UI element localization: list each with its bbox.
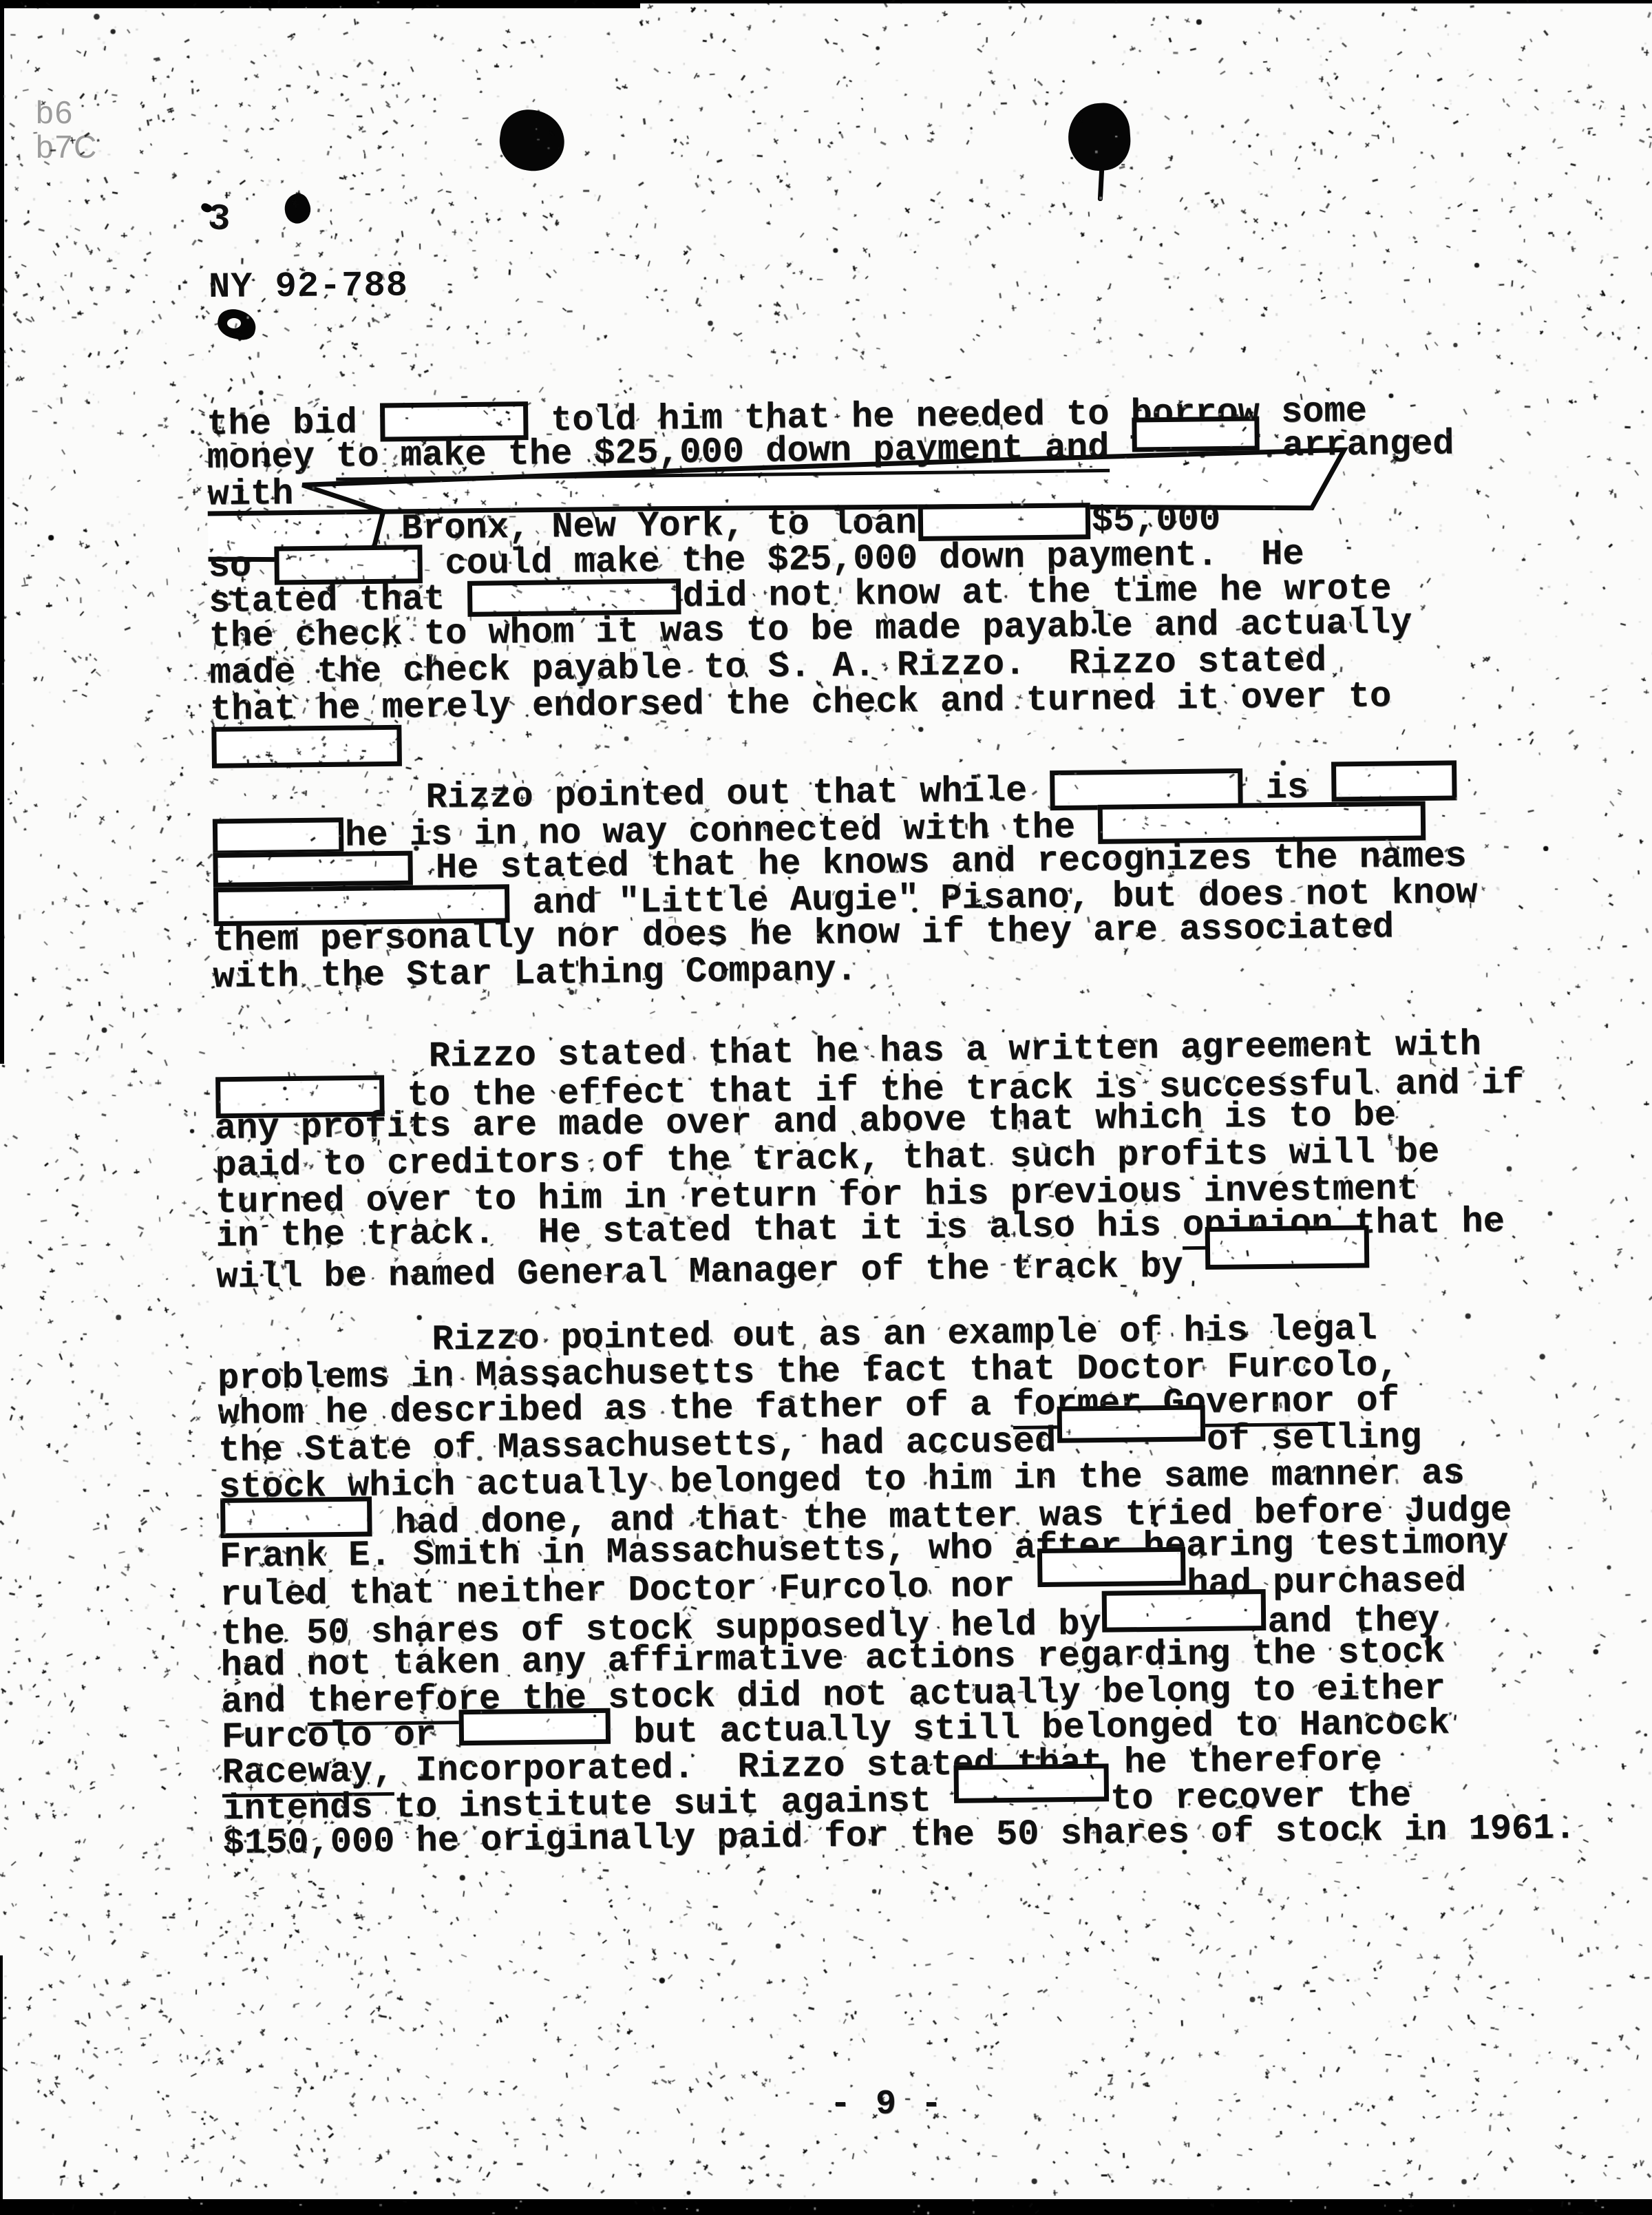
text-run: with the Star Lathing Company. xyxy=(213,949,858,998)
redaction-box xyxy=(213,851,413,888)
text-run: will be named General Manager of the tra… xyxy=(216,1246,1205,1298)
text-run xyxy=(1109,428,1131,468)
redaction-box xyxy=(211,725,402,768)
redaction-box xyxy=(1057,1405,1206,1442)
redaction-box xyxy=(1132,417,1260,452)
page-number: - 9 - xyxy=(830,2085,944,2124)
paragraph: Rizzo stated that he has a written agree… xyxy=(213,1025,1579,1291)
paragraph: the bid told him that he needed to borro… xyxy=(206,390,1574,771)
file-number: NY 92-788 xyxy=(209,268,408,306)
classification-codes: b6 b7C xyxy=(36,95,98,164)
document-body: the bid told him that he needed to borro… xyxy=(206,390,1586,1863)
scan-edge-left xyxy=(0,0,4,1064)
redaction-box xyxy=(220,1496,372,1537)
scan-edge-top-thick xyxy=(0,0,640,8)
redaction-box xyxy=(1037,1547,1186,1587)
text-run: arranged xyxy=(1260,423,1454,466)
redaction-box xyxy=(953,1763,1109,1803)
classification-code: b7C xyxy=(36,129,98,164)
redaction-box xyxy=(1331,760,1457,801)
ink-dot xyxy=(496,106,568,175)
redaction-box xyxy=(1102,1589,1267,1633)
smudge-hole xyxy=(227,318,241,328)
text-run: with xyxy=(207,474,293,515)
redaction-box xyxy=(213,817,344,855)
ink-dot xyxy=(1066,101,1133,173)
scan-edge-left-lower xyxy=(0,1955,3,2215)
scan-edge-bottom xyxy=(0,2199,1652,2215)
page-marker: 3 xyxy=(207,202,236,239)
redaction-box xyxy=(1205,1225,1370,1270)
classification-code: b6 xyxy=(36,95,98,129)
text-run: money xyxy=(207,437,337,479)
paragraph: Rizzo pointed out as an example of his l… xyxy=(217,1310,1586,1862)
scanned-document-page: b6 b7C 3 NY 92-788 the bid told him that… xyxy=(0,0,1652,2215)
redaction-box xyxy=(459,1708,611,1745)
paragraph: Rizzo pointed out that while is he is in… xyxy=(211,766,1576,996)
header: 3 NY 92-788 xyxy=(208,200,408,306)
text-run: of xyxy=(1335,1381,1399,1422)
ink-dot-tail xyxy=(1098,168,1105,201)
redaction-box xyxy=(918,503,1090,541)
